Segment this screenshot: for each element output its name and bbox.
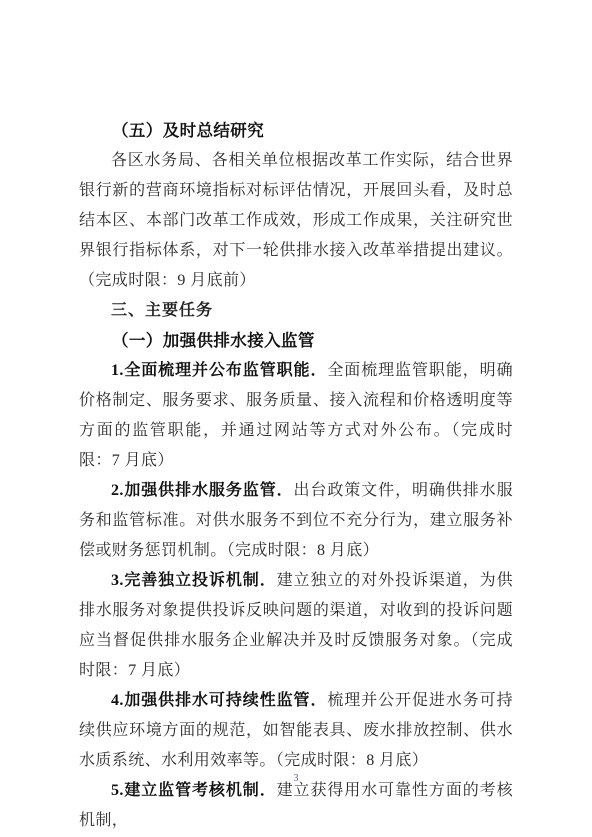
task-item-1-title: 1.全面梳理并公布监管职能． xyxy=(111,362,327,379)
section-5-heading: （五）及时总结研究 xyxy=(79,116,513,146)
section-5-paragraph: 各区水务局、各相关单位根据改革工作实际，结合世界银行新的营商环境指标对标评估情况… xyxy=(79,146,513,296)
subsection-1-heading: （一）加强供排水接入监管 xyxy=(79,326,513,356)
task-item-4: 4.加强供排水可持续性监管．梳理并公开促进水务可持续供应环境方面的规范，如智能表… xyxy=(79,686,513,776)
task-item-3: 3.完善独立投诉机制．建立独立的对外投诉渠道，为供排水服务对象提供投诉反映问题的… xyxy=(79,566,513,686)
task-item-1: 1.全面梳理并公布监管职能．全面梳理监管职能，明确价格制定、服务要求、服务质量、… xyxy=(79,356,513,476)
main-tasks-heading: 三、主要任务 xyxy=(79,296,513,326)
task-item-2: 2.加强供排水服务监管．出台政策文件，明确供排水服务和监管标准。对供水服务不到位… xyxy=(79,476,513,566)
task-item-4-title: 4.加强供排水可持续性监管． xyxy=(111,692,327,709)
page-number: 3 xyxy=(0,772,592,786)
document-text-block: （五）及时总结研究 各区水务局、各相关单位根据改革工作实际，结合世界银行新的营商… xyxy=(79,116,513,836)
task-item-3-title: 3.完善独立投诉机制． xyxy=(111,572,277,589)
document-page: （五）及时总结研究 各区水务局、各相关单位根据改革工作实际，结合世界银行新的营商… xyxy=(0,0,592,837)
task-item-2-title: 2.加强供排水服务监管． xyxy=(111,482,294,499)
